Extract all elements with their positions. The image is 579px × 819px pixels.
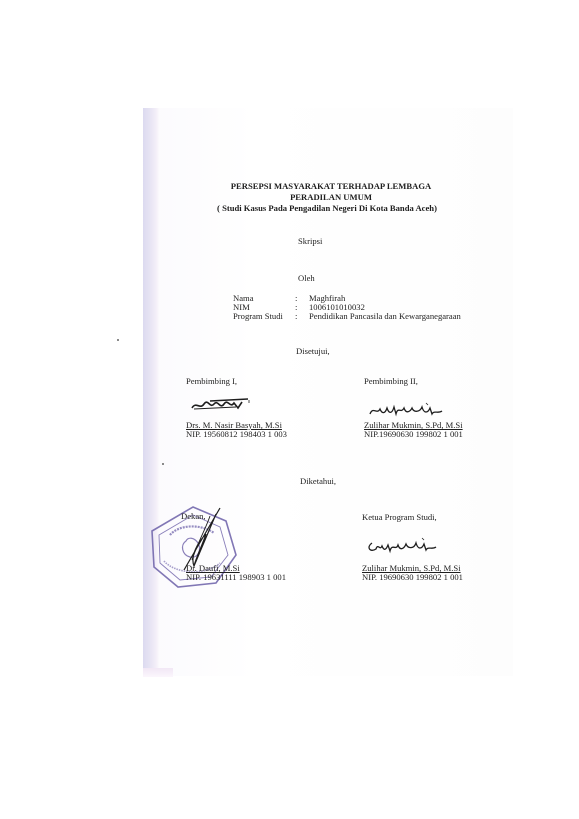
- scan-speck: [162, 463, 164, 465]
- title-line-2: PERADILAN UMUM: [290, 192, 372, 202]
- advisor2-nip: NIP.19690630 199802 1 001: [364, 429, 463, 439]
- program-head-nip: NIP. 19690630 199802 1 001: [362, 572, 463, 582]
- advisor1-role: Pembimbing I,: [186, 376, 237, 386]
- program-head-role: Ketua Program Studi,: [362, 512, 437, 522]
- subtitle: ( Studi Kasus Pada Pengadilan Negeri Di …: [217, 203, 437, 213]
- approved-label: Disetujui,: [296, 346, 330, 356]
- advisor1-nip: NIP. 19560812 198403 1 003: [186, 429, 287, 439]
- program-head-signature: [366, 537, 450, 555]
- identity-label: Program Studi: [233, 311, 283, 321]
- by-label: Oleh: [298, 273, 315, 283]
- document-type: Skripsi: [298, 236, 322, 246]
- identity-separator: :: [295, 311, 297, 321]
- advisor2-role: Pembimbing II,: [364, 376, 418, 386]
- advisor2-signature: [368, 402, 452, 418]
- dean-nip: NIP. 19631111 198903 1 001: [186, 572, 286, 582]
- scan-speck: [117, 339, 119, 341]
- acknowledged-label: Diketahui,: [300, 476, 336, 486]
- identity-value: Pendidikan Pancasila dan Kewarganegaraan: [309, 311, 461, 321]
- page-edge-shadow: [143, 108, 159, 676]
- title-line-1: PERSEPSI MASYARAKAT TERHADAP LEMBAGA: [231, 181, 431, 191]
- advisor1-signature: [190, 398, 250, 412]
- page-edge-shadow-bottom: [143, 668, 173, 677]
